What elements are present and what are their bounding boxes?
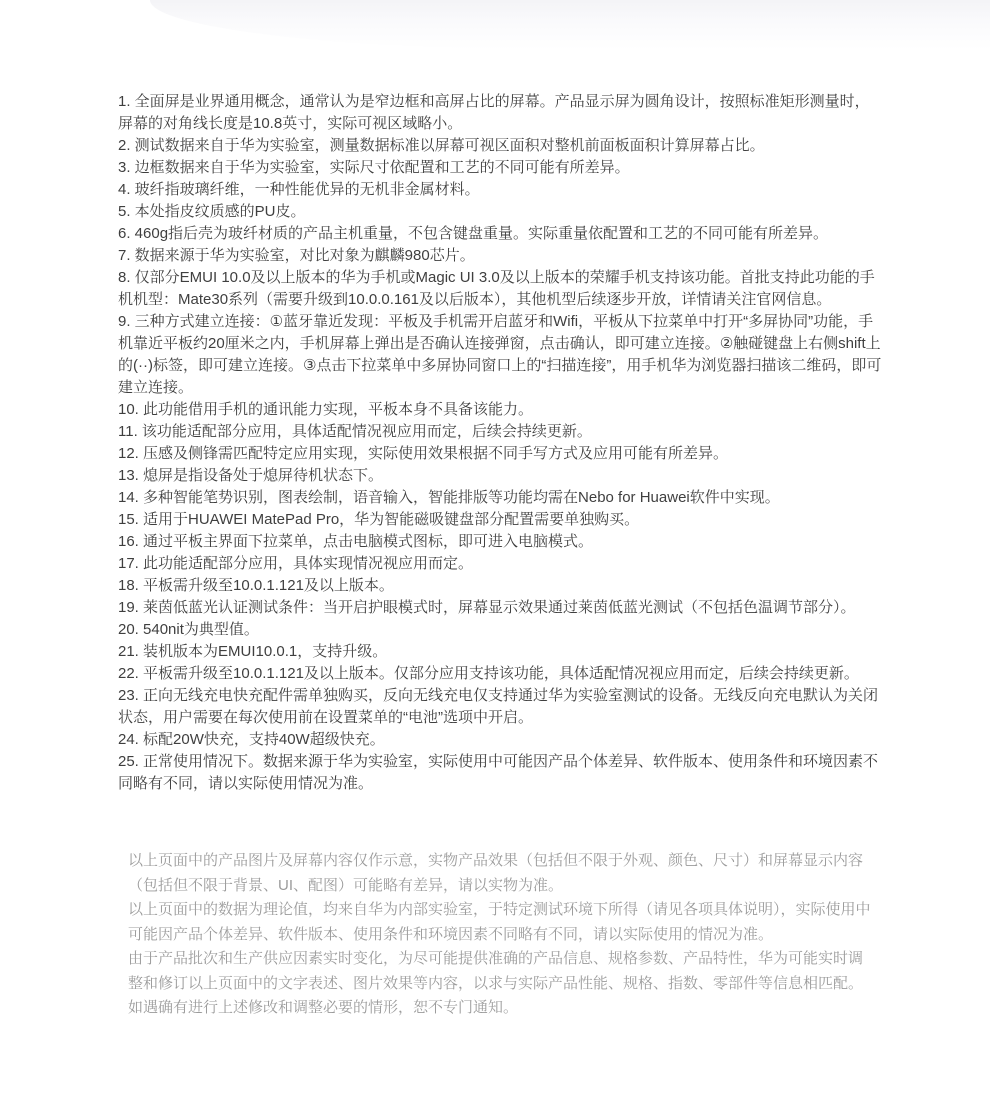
footnote-item: 25. 正常使用情况下。数据来源于华为实验室，实际使用中可能因产品个体差异、软件…	[118, 751, 883, 795]
disclaimer-paragraph: 如遇确有进行上述修改和调整必要的情形，恕不专门通知。	[128, 996, 873, 1021]
footnote-item: 12. 压感及侧锋需匹配特定应用实现，实际使用效果根据不同手写方式及应用可能有所…	[118, 443, 883, 465]
footnote-item: 10. 此功能借用手机的通讯能力实现，平板本身不具备该能力。	[118, 399, 883, 421]
footnote-item: 13. 熄屏是指设备处于熄屏待机状态下。	[118, 465, 883, 487]
disclaimer-paragraph: 以上页面中的产品图片及屏幕内容仅作示意，实物产品效果（包括但不限于外观、颜色、尺…	[128, 849, 873, 898]
footnote-item: 19. 莱茵低蓝光认证测试条件：当开启护眼模式时，屏幕显示效果通过莱茵低蓝光测试…	[118, 597, 883, 619]
disclaimer-paragraph: 由于产品批次和生产供应因素实时变化，为尽可能提供准确的产品信息、规格参数、产品特…	[128, 947, 873, 996]
footnote-item: 15. 适用于HUAWEI MatePad Pro，华为智能磁吸键盘部分配置需要…	[118, 509, 883, 531]
footnote-item: 21. 装机版本为EMUI10.0.1，支持升级。	[118, 641, 883, 663]
footnote-item: 5. 本处指皮纹质感的PU皮。	[118, 201, 883, 223]
top-section-fade-decoration	[150, 0, 990, 50]
footnote-item: 18. 平板需升级至10.0.1.121及以上版本。	[118, 575, 883, 597]
disclaimer-section: 以上页面中的产品图片及屏幕内容仅作示意，实物产品效果（包括但不限于外观、颜色、尺…	[128, 849, 873, 1021]
footnote-item: 23. 正向无线充电快充配件需单独购买，反向无线充电仅支持通过华为实验室测试的设…	[118, 685, 883, 729]
disclaimer-paragraph: 以上页面中的数据为理论值，均来自华为内部实验室，于特定测试环境下所得（请见各项具…	[128, 898, 873, 947]
footnote-item: 7. 数据来源于华为实验室，对比对象为麒麟980芯片。	[118, 245, 883, 267]
footnote-item: 17. 此功能适配部分应用，具体实现情况视应用而定。	[118, 553, 883, 575]
footnotes-section: 1. 全面屏是业界通用概念，通常认为是窄边框和高屏占比的屏幕。产品显示屏为圆角设…	[118, 91, 883, 795]
footnote-item: 20. 540nit为典型值。	[118, 619, 883, 641]
footnote-item: 2. 测试数据来自于华为实验室，测量数据标准以屏幕可视区面积对整机前面板面积计算…	[118, 135, 883, 157]
footnote-item: 14. 多种智能笔势识别，图表绘制，语音输入，智能排版等功能均需在Nebo fo…	[118, 487, 883, 509]
footnote-item: 16. 通过平板主界面下拉菜单，点击电脑模式图标，即可进入电脑模式。	[118, 531, 883, 553]
footnote-item: 1. 全面屏是业界通用概念，通常认为是窄边框和高屏占比的屏幕。产品显示屏为圆角设…	[118, 91, 883, 135]
footnote-item: 4. 玻纤指玻璃纤维，一种性能优异的无机非金属材料。	[118, 179, 883, 201]
footnote-item: 22. 平板需升级至10.0.1.121及以上版本。仅部分应用支持该功能，具体适…	[118, 663, 883, 685]
footnote-item: 9. 三种方式建立连接：①蓝牙靠近发现：平板及手机需开启蓝牙和Wifi，平板从下…	[118, 311, 883, 399]
page: 1. 全面屏是业界通用概念，通常认为是窄边框和高屏占比的屏幕。产品显示屏为圆角设…	[0, 0, 990, 1103]
footnote-item: 3. 边框数据来自于华为实验室，实际尺寸依配置和工艺的不同可能有所差异。	[118, 157, 883, 179]
footnote-item: 8. 仅部分EMUI 10.0及以上版本的华为手机或Magic UI 3.0及以…	[118, 267, 883, 311]
footnote-item: 6. 460g指后壳为玻纤材质的产品主机重量，不包含键盘重量。实际重量依配置和工…	[118, 223, 883, 245]
footnote-item: 11. 该功能适配部分应用，具体适配情况视应用而定，后续会持续更新。	[118, 421, 883, 443]
footnote-item: 24. 标配20W快充，支持40W超级快充。	[118, 729, 883, 751]
